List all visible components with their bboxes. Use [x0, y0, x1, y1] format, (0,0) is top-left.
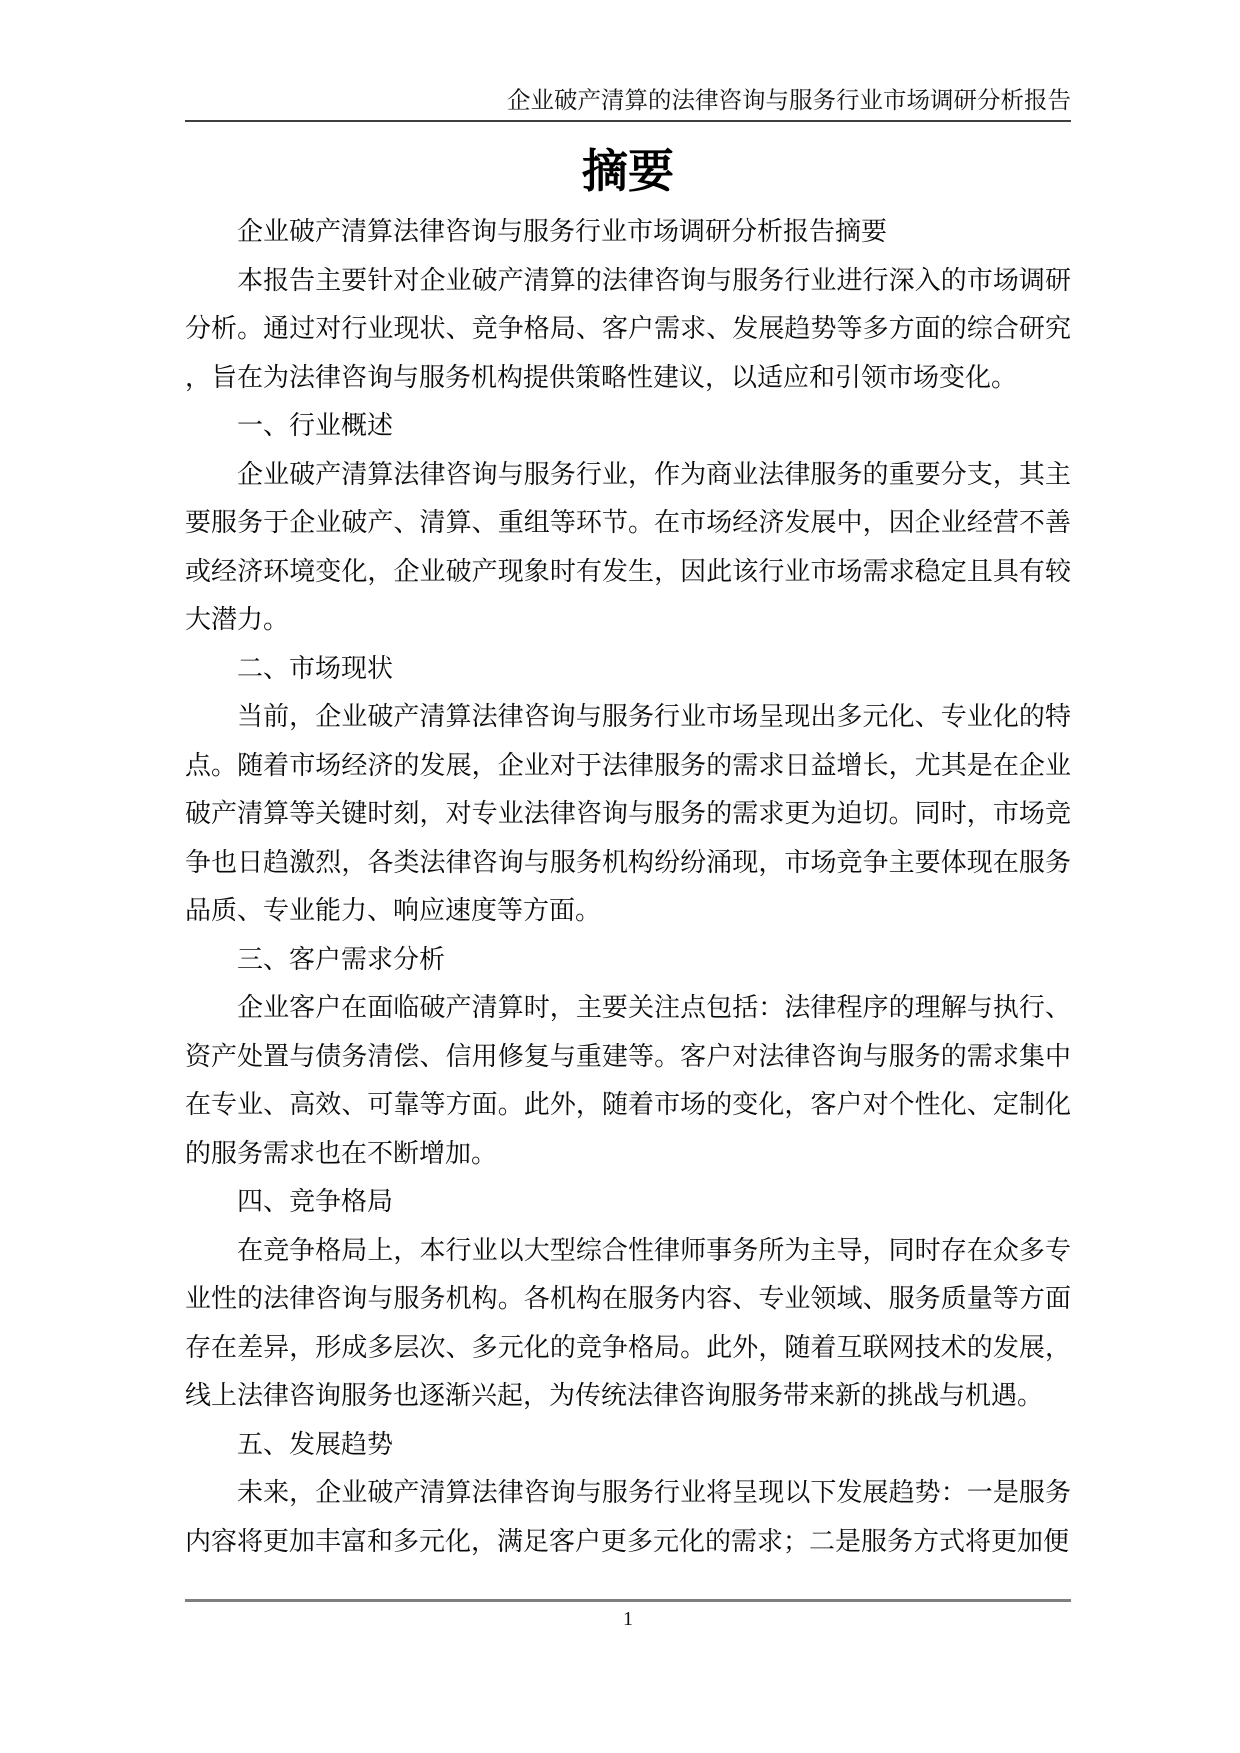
page-footer: 1	[185, 1599, 1071, 1753]
body-paragraph: 企业破产清算法律咨询与服务行业，作为商业法律服务的重要分支，其主要服务于企业破产…	[185, 451, 1071, 645]
running-header: 企业破产清算的法律咨询与服务行业市场调研分析报告	[185, 0, 1071, 122]
body-paragraph: 企业破产清算法律咨询与服务行业市场调研分析报告摘要	[185, 208, 1071, 257]
body-paragraph: 未来，企业破产清算法律咨询与服务行业将呈现以下发展趋势：一是服务内容将更加丰富和…	[185, 1469, 1071, 1566]
page-number: 1	[623, 1606, 633, 1632]
body-paragraph: 企业客户在面临破产清算时，主要关注点包括：法律程序的理解与执行、资产处置与债务清…	[185, 984, 1071, 1178]
section-heading: 三、客户需求分析	[185, 936, 1071, 985]
page-title: 摘要	[185, 122, 1071, 202]
body-paragraph: 当前，企业破产清算法律咨询与服务行业市场呈现出多元化、专业化的特点。随着市场经济…	[185, 693, 1071, 936]
body-paragraph: 本报告主要针对企业破产清算的法律咨询与服务行业进行深入的市场调研分析。通过对行业…	[185, 257, 1071, 403]
section-heading: 二、市场现状	[185, 645, 1071, 694]
body-paragraph: 在竞争格局上，本行业以大型综合性律师事务所为主导，同时存在众多专业性的法律咨询与…	[185, 1227, 1071, 1421]
content-column: 企业破产清算的法律咨询与服务行业市场调研分析报告 摘要 企业破产清算法律咨询与服…	[185, 0, 1071, 1572]
section-heading: 一、行业概述	[185, 402, 1071, 451]
document-body: 企业破产清算法律咨询与服务行业市场调研分析报告摘要 本报告主要针对企业破产清算的…	[185, 202, 1071, 1572]
section-heading: 五、发展趋势	[185, 1421, 1071, 1470]
document-page: 企业破产清算的法律咨询与服务行业市场调研分析报告 摘要 企业破产清算法律咨询与服…	[0, 0, 1240, 1753]
section-heading: 四、竞争格局	[185, 1178, 1071, 1227]
